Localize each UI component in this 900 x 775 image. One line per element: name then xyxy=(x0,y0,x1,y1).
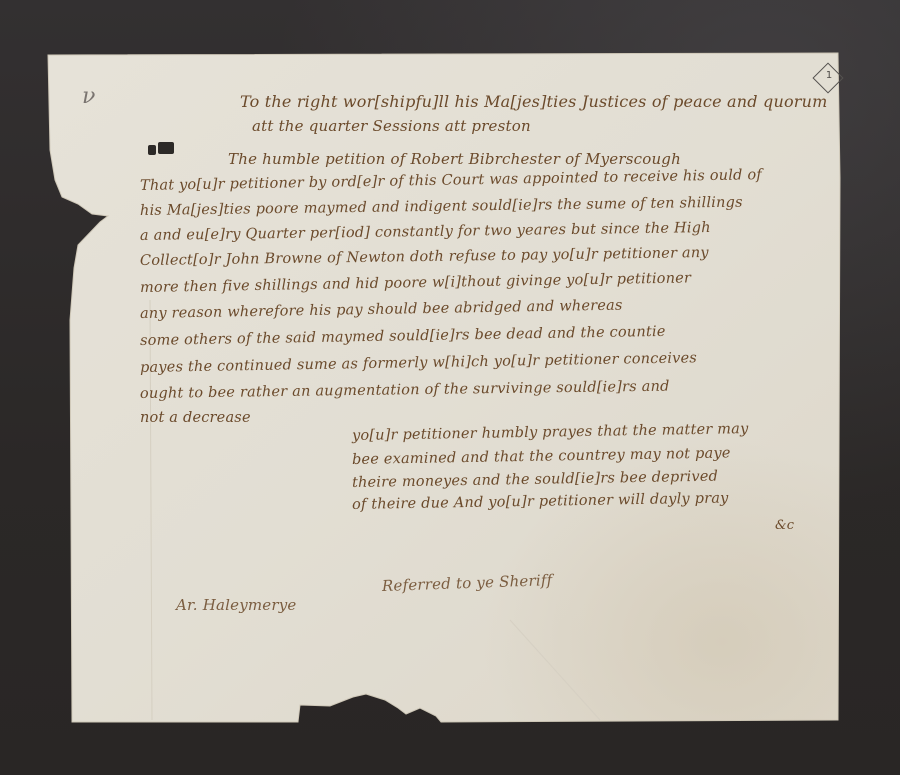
petition-title: The humble petition of Robert Bibrcheste… xyxy=(228,150,681,168)
address-line: att the quarter Sessions att preston xyxy=(252,117,531,135)
prayer-line: &c xyxy=(775,518,794,533)
paper-hole xyxy=(158,142,174,154)
paper-hole xyxy=(148,145,156,155)
folio-number: 1 xyxy=(822,70,836,81)
corner-pencil-mark: ν xyxy=(82,84,95,109)
address-line: To the right wor[shipfu]ll his Ma[jes]ti… xyxy=(240,92,828,111)
endorsement-signature: Ar. Haleymerye xyxy=(176,596,297,614)
body-line: not a decrease xyxy=(140,410,251,426)
